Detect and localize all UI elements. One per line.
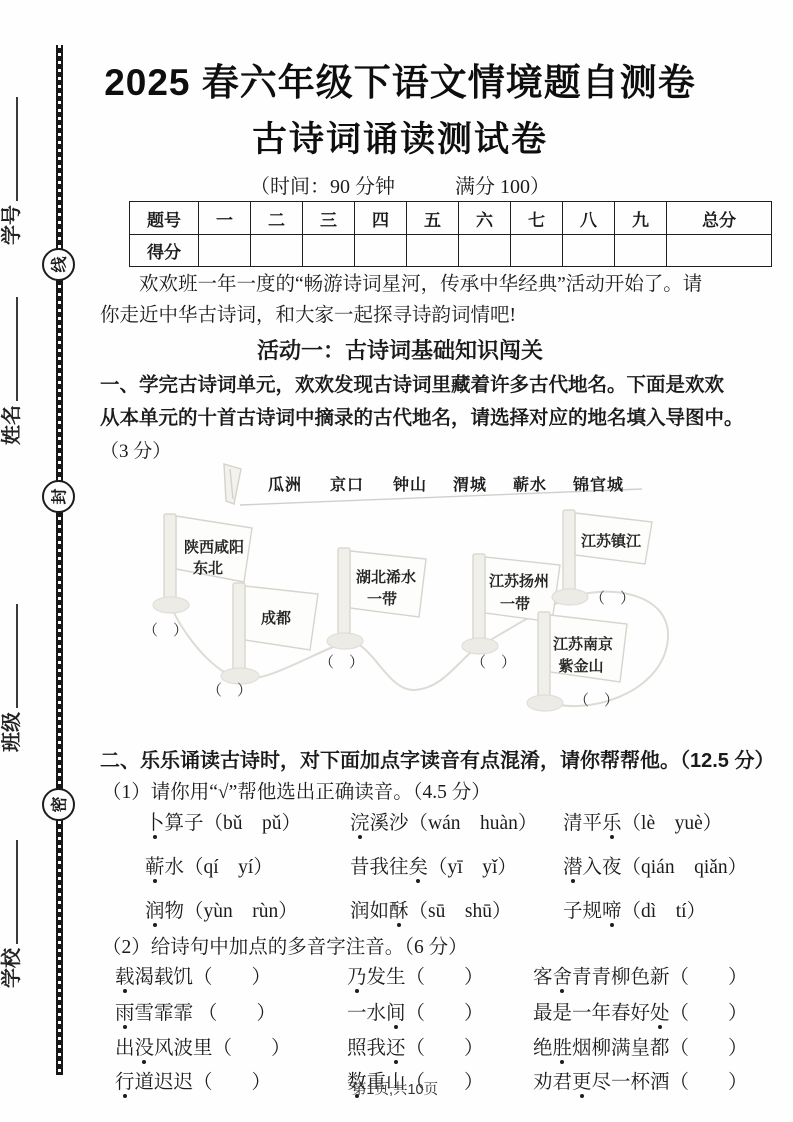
activity1-heading: 活动一：古诗词基础知识闯关 xyxy=(70,334,730,365)
signpost-label: 陕西咸阳 xyxy=(184,538,244,556)
score-header-cell: 一 xyxy=(199,202,251,235)
pinyin-item[interactable]: 清平乐（lè yuè） xyxy=(563,807,722,835)
dotted-char: 润 xyxy=(145,895,165,923)
student-number-label: 学号 xyxy=(0,97,24,245)
dotted-char: 间 xyxy=(386,997,406,1025)
score-cell-empty xyxy=(459,235,511,267)
class-text: 班级 xyxy=(1,712,23,752)
question2-sub1-label: （1）请你用“√”帮他选出正确读音。（4.5 分） xyxy=(102,776,491,804)
school-text: 学校 xyxy=(1,948,23,988)
signpost-base xyxy=(153,597,189,613)
score-header-cell: 四 xyxy=(355,202,407,235)
word-bank-item: 渭城 xyxy=(453,475,487,494)
signpost-pole xyxy=(164,514,176,606)
signpost-label: 一带 xyxy=(500,596,530,613)
score-header-cell: 三 xyxy=(303,202,355,235)
dotted-char: 胜 xyxy=(553,1032,573,1060)
signpost-base xyxy=(527,695,563,711)
answer-blank[interactable]: （ ） xyxy=(319,654,364,671)
pinyin-item[interactable]: 蕲水（qí yí） xyxy=(145,851,273,879)
pinyin-item[interactable]: 子规啼（dì tí） xyxy=(563,895,706,923)
pinyin-item[interactable]: 卜算子（bǔ pǔ） xyxy=(145,807,301,835)
geo-names-map-diagram: 瓜洲 京口 钟山 渭城 蕲水 锦官城 陕西咸阳 东北 （ ） 成都 （ ） 湖北… xyxy=(130,452,690,747)
signpost-label: 江苏镇江 xyxy=(580,532,642,550)
question1-line2: 从本单元的十首古诗词中摘录的古代地名，请选择对应的地名填入导图中。 xyxy=(100,402,770,435)
score-table-header-row: 题号 一 二 三 四 五 六 七 八 九 总分 xyxy=(130,202,772,235)
signpost-pole xyxy=(538,612,550,702)
dotted-char: 行 xyxy=(115,1066,135,1094)
signpost-label: 紫金山 xyxy=(558,657,603,675)
signpost-base xyxy=(221,668,259,684)
word-bank-item: 瓜洲 xyxy=(268,475,302,494)
seal-dotted-line xyxy=(56,45,63,1075)
dotted-char: 酥 xyxy=(389,895,409,923)
answer-blank[interactable]: （ ） xyxy=(471,654,516,671)
pinyin-item[interactable]: 润如酥（sū shū） xyxy=(350,895,511,923)
signpost-label: 江苏扬州 xyxy=(488,572,549,590)
seal-char-xian: 线 xyxy=(42,248,75,281)
signpost-base xyxy=(327,633,363,649)
score-header-cell: 八 xyxy=(563,202,615,235)
score-cell-empty xyxy=(667,235,772,267)
dotted-char: 没 xyxy=(135,1032,155,1060)
signpost-pole xyxy=(233,583,245,675)
phrase-item[interactable]: 最是一年春好处（ ） xyxy=(533,997,748,1025)
score-header-cell: 六 xyxy=(459,202,511,235)
question2-text: 二、乐乐诵读古诗时，对下面加点字读音有点混淆，请你帮帮他。（12.5 分） xyxy=(100,744,780,773)
signpost-label: 湖北浠水 xyxy=(356,568,416,586)
paper-title-line1: 2025 春六年级下语文情境题自测卷 xyxy=(70,52,730,106)
score-header-cell: 总分 xyxy=(667,202,772,235)
score-table-score-row: 得分 xyxy=(130,235,772,267)
score-header-cell: 七 xyxy=(511,202,563,235)
pinyin-item[interactable]: 昔我往矣（yī yǐ） xyxy=(350,851,517,879)
phrase-item[interactable]: 一水间（ ） xyxy=(347,997,484,1025)
dotted-char: 蕲 xyxy=(145,851,165,879)
phrase-item[interactable]: 出没风波里（ ） xyxy=(115,1032,291,1060)
answer-blank[interactable]: （ ） xyxy=(590,590,635,607)
signpost-label: 东北 xyxy=(193,559,223,577)
word-bank-item: 蕲水 xyxy=(513,475,547,494)
answer-blank[interactable]: （ ） xyxy=(207,682,252,699)
phrase-item[interactable]: 绝胜烟柳满皇都（ ） xyxy=(533,1032,748,1060)
dotted-char: 还 xyxy=(386,1032,406,1060)
word-bank-item: 锦官城 xyxy=(572,475,624,494)
phrase-item[interactable]: 乃发生（ ） xyxy=(347,961,484,989)
signpost-pole xyxy=(563,510,575,598)
score-cell-empty xyxy=(355,235,407,267)
dotted-char: 啼 xyxy=(602,895,622,923)
dotted-char: 矣 xyxy=(409,851,429,879)
dotted-char: 乐 xyxy=(602,807,622,835)
name-text: 姓名 xyxy=(1,405,23,445)
paper-title-line2: 古诗词诵读测试卷 xyxy=(70,112,730,162)
pinyin-item[interactable]: 润物（yùn rùn） xyxy=(145,895,298,923)
signpost-label: 江苏南京 xyxy=(552,635,613,653)
dotted-char: 卜 xyxy=(145,807,165,835)
phrase-item[interactable]: 客舍青青柳色新（ ） xyxy=(533,961,748,989)
intro-paragraph: 欢欢班一年一度的“畅游诗词星河，传承中华经典”活动开始了。请 你走近中华古诗词，… xyxy=(100,269,768,331)
seal-char-mi: 密 xyxy=(42,788,75,821)
phrase-item[interactable]: 劝君更尽一杯酒（ ） xyxy=(533,1066,748,1094)
time-score-info: （时间：90 分钟 满分 100） xyxy=(70,170,730,199)
dotted-char: 载 xyxy=(115,961,135,989)
word-bank-item: 京口 xyxy=(330,475,364,494)
class-blank-line xyxy=(0,604,18,708)
class-label: 班级 xyxy=(0,604,24,752)
phrase-item[interactable]: 雨雪霏霏 （ ） xyxy=(115,997,276,1025)
seal-char-feng: 封 xyxy=(42,480,75,513)
score-header-cell: 五 xyxy=(407,202,459,235)
dotted-char: 乃 xyxy=(347,961,367,989)
dotted-char: 更 xyxy=(572,1066,592,1094)
dotted-char: 浣 xyxy=(350,807,370,835)
score-header-cell: 九 xyxy=(615,202,667,235)
name-blank-line xyxy=(0,297,18,401)
score-cell-empty xyxy=(615,235,667,267)
student-number-blank-line xyxy=(0,97,18,201)
word-bank-item: 钟山 xyxy=(392,475,427,494)
student-number-text: 学号 xyxy=(1,205,23,245)
pinyin-item[interactable]: 潜入夜（qián qiǎn） xyxy=(563,851,747,879)
name-label: 姓名 xyxy=(0,297,24,445)
signpost-label: 成都 xyxy=(261,610,291,627)
pinyin-item[interactable]: 浣溪沙（wán huàn） xyxy=(350,807,537,835)
score-cell-empty xyxy=(251,235,303,267)
score-header-cell: 二 xyxy=(251,202,303,235)
dotted-char: 潜 xyxy=(563,851,583,879)
intro-line2: 你走近中华古诗词，和大家一起探寻诗韵词情吧! xyxy=(100,300,768,331)
signpost-base xyxy=(552,589,588,605)
signpost-pole xyxy=(473,554,485,646)
score-cell-empty xyxy=(563,235,615,267)
question2-sub2-label: （2）给诗句中加点的多音字注音。（6 分） xyxy=(102,931,468,959)
score-cell-empty xyxy=(303,235,355,267)
school-label: 学校 xyxy=(0,840,24,988)
score-cell-empty xyxy=(407,235,459,267)
school-blank-line xyxy=(0,840,18,944)
score-cell-empty xyxy=(511,235,563,267)
answer-blank[interactable]: （ ） xyxy=(574,692,619,709)
signpost-base xyxy=(462,638,498,654)
score-row-label: 得分 xyxy=(130,235,199,267)
phrase-item[interactable]: 载渴载饥（ ） xyxy=(115,961,271,989)
score-cell-empty xyxy=(199,235,251,267)
exam-paper-page: 学号 线 姓名 封 班级 密 学校 2025 春六年级下语文情境题自测卷 古诗词… xyxy=(0,0,793,1122)
score-table: 题号 一 二 三 四 五 六 七 八 九 总分 得分 xyxy=(129,201,772,267)
answer-blank[interactable]: （ ） xyxy=(143,622,188,639)
score-header-cell: 题号 xyxy=(130,202,199,235)
signpost-label: 一带 xyxy=(367,591,397,608)
dotted-char: 处 xyxy=(650,997,670,1025)
signpost-pole xyxy=(338,548,350,640)
phrase-item[interactable]: 行道迟迟（ ） xyxy=(115,1066,271,1094)
dotted-char: 舍 xyxy=(553,961,573,989)
phrase-item[interactable]: 照我还（ ） xyxy=(347,1032,484,1060)
dotted-char: 雨 xyxy=(115,997,135,1025)
intro-line1: 欢欢班一年一度的“畅游诗词星河，传承中华经典”活动开始了。请 xyxy=(100,269,768,300)
question1-line1: 一、学完古诗词单元，欢欢发现古诗词里藏着许多古代地名。下面是欢欢 xyxy=(100,369,770,402)
page-number: 第1页,共10页 xyxy=(300,1078,490,1099)
